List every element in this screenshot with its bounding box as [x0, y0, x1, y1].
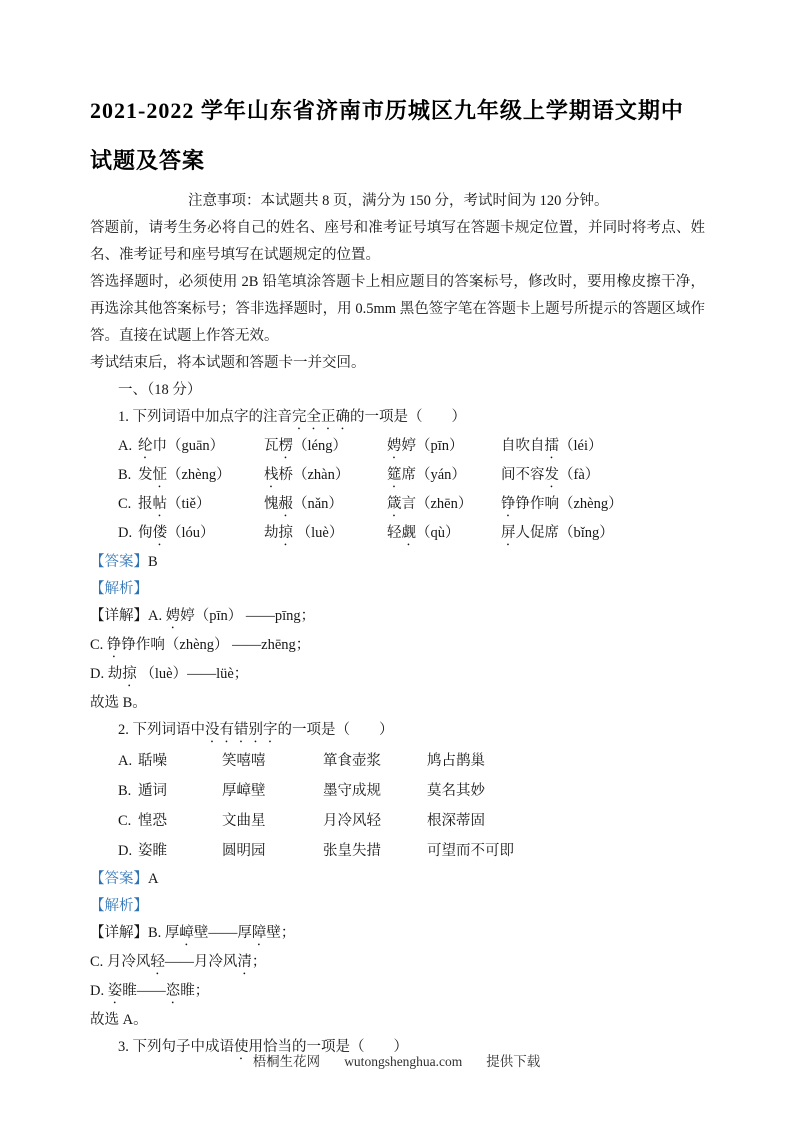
option-term: 轻觑（qù）: [387, 520, 501, 549]
option-label: C.: [118, 491, 138, 517]
option-label: B.: [118, 462, 138, 488]
option-term: 铮铮作响（zhèng）: [501, 491, 705, 520]
question-2-stem: 2. 下列词语中没有错别字的一项是（ ）: [90, 717, 705, 746]
notice-header: 注意事项：本试题共 8 页，满分为 150 分，考试时间为 120 分钟。: [90, 188, 705, 215]
answer-value: B: [148, 554, 158, 570]
question-2-options: A. 聒噪 笑嘻嘻 箪食壶浆 鸠占鹊巢 B. 遁词 厚嶂壁 墨守成规 莫名其妙 …: [90, 746, 705, 866]
option-term: 文曲星: [222, 806, 323, 836]
page-title: 2021-2022 学年山东省济南市历城区九年级上学期语文期中 试题及答案: [90, 86, 705, 186]
option-term: 娉婷（pīn）: [387, 433, 501, 462]
option-term: 筵席（yán）: [387, 462, 501, 491]
question-1-stem: 1. 下列词语中加点字的注音完全正确的一项是（ ）: [90, 404, 705, 433]
option-term: 聒噪: [138, 746, 222, 776]
question-2-detail-line: 【详解】B. 厚嶂壁——厚障壁；: [90, 920, 705, 949]
footer-site-name: 梧桐生花网: [253, 1052, 321, 1072]
option-term: 纶巾（guān）: [138, 433, 264, 462]
option-term: 张皇失措: [323, 836, 427, 866]
option-label: C.: [118, 806, 138, 836]
option-row-c: C. 报帖（tiě） 愧赧（nǎn） 箴言（zhēn） 铮铮作响（zhèng）: [90, 491, 705, 520]
option-term: 箴言（zhēn）: [387, 491, 501, 520]
page-footer: 梧桐生花网 wutongshenghua.com 提供下载: [0, 1052, 793, 1072]
answer-tag: 【答案】: [90, 871, 148, 887]
option-term: 报帖（tiě）: [138, 491, 264, 520]
option-row-c: C. 惶恐 文曲星 月冷风轻 根深蒂固: [90, 806, 705, 836]
option-term: 遁词: [138, 776, 222, 806]
option-term: 愧赧（nǎn）: [264, 491, 387, 520]
option-term: 根深蒂固: [427, 806, 705, 836]
option-term: 劫掠 （luè）: [264, 520, 387, 549]
exam-document-page: 2021-2022 学年山东省济南市历城区九年级上学期语文期中 试题及答案 注意…: [0, 0, 793, 1122]
title-line-2: 试题及答案: [90, 136, 705, 186]
notice-paragraph-2: 答选择题时，必须使用 2B 铅笔填涂答题卡上相应题目的答案标号，修改时，要用橡皮…: [90, 269, 705, 350]
option-label: D.: [118, 836, 138, 866]
option-row-b: B. 遁词 厚嶂壁 墨守成规 莫名其妙: [90, 776, 705, 806]
question-1-conclusion: 故选 B。: [90, 690, 705, 717]
question-2-conclusion: 故选 A。: [90, 1007, 705, 1034]
question-2-analysis-tag: 【解析】: [90, 893, 705, 920]
option-term: 自吹自擂（léi）: [501, 433, 705, 462]
question-2-answer: 【答案】A: [90, 866, 705, 893]
option-term: 可望而不可即: [427, 836, 705, 866]
option-label: D.: [118, 520, 138, 546]
option-term: 栈桥（zhàn）: [264, 462, 387, 491]
option-term: 厚嶂壁: [222, 776, 323, 806]
option-term: 箪食壶浆: [323, 746, 427, 776]
footer-download-label: 提供下载: [486, 1052, 540, 1072]
option-term: 发怔（zhèng）: [138, 462, 264, 491]
question-1-analysis-tag: 【解析】: [90, 576, 705, 603]
document-content: 2021-2022 学年山东省济南市历城区九年级上学期语文期中 试题及答案 注意…: [90, 86, 705, 1063]
footer-site-url[interactable]: wutongshenghua.com: [344, 1052, 462, 1072]
option-term: 佝偻（lóu）: [138, 520, 264, 549]
analysis-tag: 【解析】: [90, 581, 148, 597]
question-1-detail-line: D. 劫掠 （luè）——lüè；: [90, 661, 705, 690]
option-row-d: D. 姿睢 圆明园 张皇失措 可望而不可即: [90, 836, 705, 866]
option-term: 月冷风轻: [323, 806, 427, 836]
option-label: A.: [118, 746, 138, 776]
question-1-options: A. 纶巾（guān） 瓦楞（léng） 娉婷（pīn） 自吹自擂（léi） B…: [90, 433, 705, 549]
option-term: 鸠占鹊巢: [427, 746, 705, 776]
option-row-d: D. 佝偻（lóu） 劫掠 （luè） 轻觑（qù） 屏人促席（bǐng）: [90, 520, 705, 549]
question-2-detail-line: C. 月冷风轻——月冷风清；: [90, 949, 705, 978]
option-label: B.: [118, 776, 138, 806]
option-term: 圆明园: [222, 836, 323, 866]
question-1-answer: 【答案】B: [90, 549, 705, 576]
notice-paragraph-3: 考试结束后，将本试题和答题卡一并交回。: [90, 350, 705, 377]
option-term: 莫名其妙: [427, 776, 705, 806]
title-line-1: 2021-2022 学年山东省济南市历城区九年级上学期语文期中: [90, 86, 705, 136]
option-term: 惶恐: [138, 806, 222, 836]
option-term: 瓦楞（léng）: [264, 433, 387, 462]
option-term: 姿睢: [138, 836, 222, 866]
option-term: 屏人促席（bǐng）: [501, 520, 705, 549]
notice-paragraph-1: 答题前，请考生务必将自己的姓名、座号和准考证号填写在答题卡规定位置，并同时将考点…: [90, 215, 705, 269]
question-2-detail-line: D. 姿睢——恣睢；: [90, 978, 705, 1007]
option-term: 墨守成规: [323, 776, 427, 806]
option-row-a: A. 聒噪 笑嘻嘻 箪食壶浆 鸠占鹊巢: [90, 746, 705, 776]
option-row-b: B. 发怔（zhèng） 栈桥（zhàn） 筵席（yán） 间不容发（fà）: [90, 462, 705, 491]
question-1-detail-line: C. 铮铮作响（zhèng） ——zhēng；: [90, 632, 705, 661]
option-row-a: A. 纶巾（guān） 瓦楞（léng） 娉婷（pīn） 自吹自擂（léi）: [90, 433, 705, 462]
option-term: 间不容发（fà）: [501, 462, 705, 491]
question-1-detail-line: 【详解】A. 娉婷（pīn） ——pīng；: [90, 603, 705, 632]
section-one-heading: 一、（18 分）: [90, 377, 705, 404]
answer-value: A: [148, 871, 158, 887]
option-term: 笑嘻嘻: [222, 746, 323, 776]
answer-tag: 【答案】: [90, 554, 148, 570]
analysis-tag: 【解析】: [90, 898, 148, 914]
option-label: A.: [118, 433, 138, 459]
